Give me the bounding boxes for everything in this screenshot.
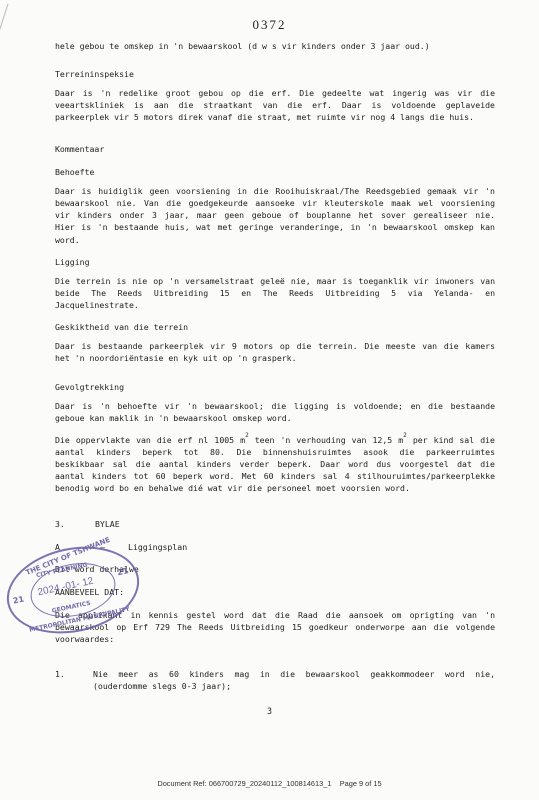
para-line: veeartskliniek is aan die straatkant van… [55,99,495,112]
doc-ref-label: Document Ref: [157,779,206,788]
para-line: beskikbaar sal die aantal kinders verder… [55,458,495,471]
para-line: vir kinders onder 3 jaar, maar geen gebo… [55,209,495,222]
condition-line: (ouderdomme slegs 0-3 jaar); [93,680,533,693]
para-line: parkeerplek vir 5 motors direk vanaf die… [55,111,495,124]
para-line: Hier is 'n bestaande huis, wat met gerin… [55,221,495,234]
page-indicator: Page 9 of 15 [340,779,382,788]
section-number: 3. [55,518,65,531]
para-line: aantal kinders tot 60 beperk word. Met 6… [55,470,495,483]
document-page: 0372 hele gebou te omskep in 'n bewaarsk… [0,0,539,800]
heading-ligging: Ligging [55,256,495,269]
stamp-right-number: 21 [116,566,129,577]
para-line: Daar is 'n redelike groot gebou op die e… [55,87,495,100]
heading-gevolgtrekking: Gevolgtrekking [55,381,495,394]
para-line: Daar is 'n behoefte vir 'n bewaarskool; … [55,400,495,413]
para-line: word. [55,234,495,247]
para-line: Daar is huidiglik geen voorsiening in di… [55,185,495,198]
para-line: aantal kinders beperk tot 80. Die binnen… [55,446,495,459]
para-line: geboue kan maklik in 'n bewaarskool omsk… [55,412,495,425]
area-line: Die oppervlakte van die erf nl 1005 m2 t… [55,434,495,447]
heading-kommentaar: Kommentaar [55,143,495,156]
para-line: benodig word bo en behalwe dié wat vir d… [55,482,495,495]
doc-ref: 066700729_20240112_100814613_1 [209,779,332,788]
heading-terreininspeksie: Terreininspeksie [55,68,495,81]
para-line: het 'n noordoriëntasie en kyk uit op 'n … [55,352,495,365]
para-line: bewaarskool nie. Van die goedgekeurde aa… [55,197,495,210]
condition-number: 1. [55,668,65,681]
para-line: Daar is bestaande parkeerplek vir 9 moto… [55,340,495,353]
para-line: beide The Reeds Uitbreiding 15 en The Re… [55,287,495,300]
heading-geskiktheid: Geskiktheid van die terrein [55,321,495,334]
footer: Document Ref: 066700729_20240112_1008146… [0,779,539,788]
condition-line: Nie meer as 60 kinders mag in die bewaar… [93,668,495,681]
intro-line: hele gebou te omskep in 'n bewaarskool (… [55,40,495,53]
page-number-top: 0372 [0,17,539,33]
page-number-bottom: 3 [0,706,539,716]
para-line: Die terrein is nie op 'n versamelstraat … [55,275,495,288]
heading-behoefte: Behoefte [55,166,495,179]
para-line: voorwaardes: [55,633,495,646]
para-line: Jacquelinestrate. [55,299,495,312]
heading-bylae: BYLAE [95,518,120,531]
stamp-left-number: 21 [12,594,25,605]
annex-label: Liggingsplan [128,541,187,554]
para-line: bewaarskool op Erf 729 The Reeds Uitbrei… [55,621,495,634]
